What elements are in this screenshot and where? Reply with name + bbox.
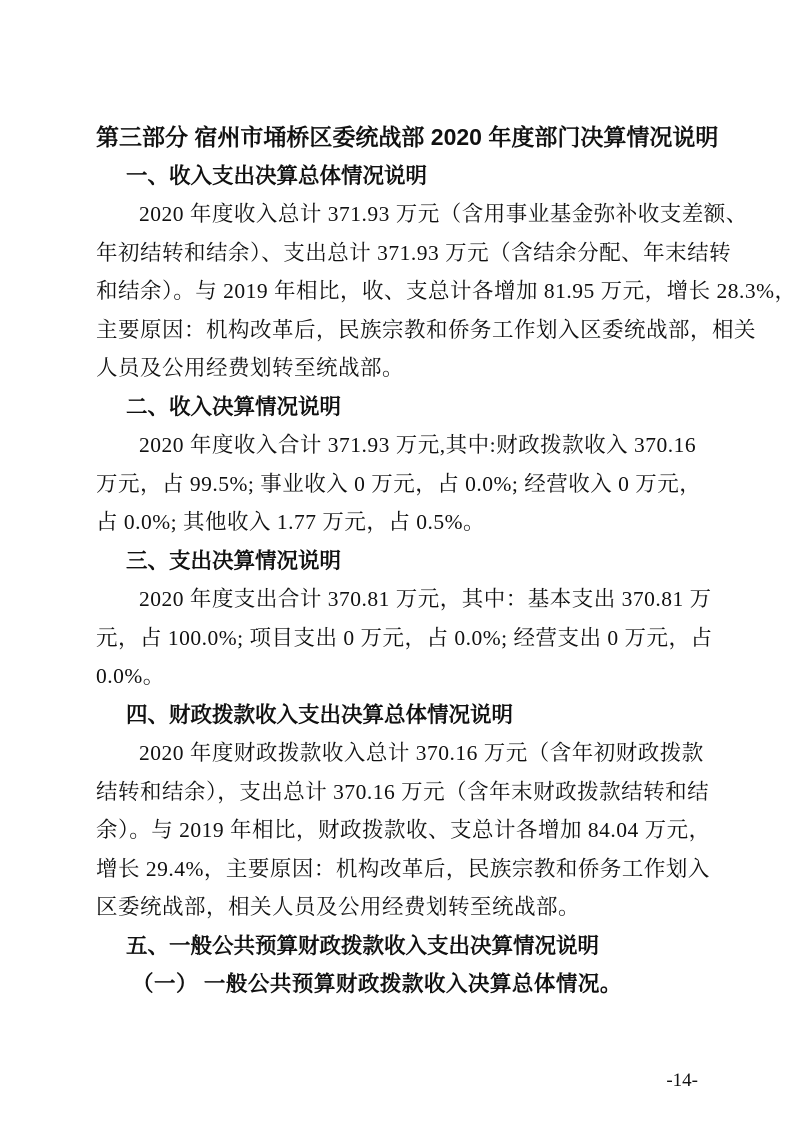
section-2-heading: 二、收入决算情况说明 [96,388,702,427]
paragraph-line: 元，占 100.0%; 项目支出 0 万元，占 0.0%; 经营支出 0 万元，… [96,619,702,658]
paragraph-line: 万元，占 99.5%; 事业收入 0 万元，占 0.0%; 经营收入 0 万元， [96,465,702,504]
paragraph-line: 0.0%。 [96,657,702,696]
section-income-expense-overview: 一、收入支出决算总体情况说明 2020 年度收入总计 371.93 万元（含用事… [96,157,702,388]
section-4-heading: 四、财政拨款收入支出决算总体情况说明 [96,696,702,735]
document-page: 第三部分 宿州市埇桥区委统战部 2020 年度部门决算情况说明 一、收入支出决算… [0,0,793,1122]
section-income-details: 二、收入决算情况说明 2020 年度收入合计 371.93 万元,其中:财政拨款… [96,388,702,542]
page-number: -14- [666,1070,698,1092]
section-fiscal-appropriation-overview: 四、财政拨款收入支出决算总体情况说明 2020 年度财政拨款收入总计 370.1… [96,696,702,927]
paragraph-line: 余）。与 2019 年相比，财政拨款收、支总计各增加 84.04 万元， [96,811,702,850]
paragraph-line: 结转和结余），支出总计 370.16 万元（含年末财政拨款结转和结 [96,773,702,812]
paragraph-line: 主要原因：机构改革后，民族宗教和侨务工作划入区委统战部，相关 [96,311,702,350]
section-3-heading: 三、支出决算情况说明 [96,542,702,581]
paragraph-line: 2020 年度财政拨款收入总计 370.16 万元（含年初财政拨款 [96,734,702,773]
document-content: 第三部分 宿州市埇桥区委统战部 2020 年度部门决算情况说明 一、收入支出决算… [96,118,702,1004]
paragraph-line: 2020 年度收入合计 371.93 万元,其中:财政拨款收入 370.16 [96,426,702,465]
section-public-budget-appropriation: 五、一般公共预算财政拨款收入支出决算情况说明 （一） 一般公共预算财政拨款收入决… [96,927,702,1004]
paragraph-line: 占 0.0%; 其他收入 1.77 万元，占 0.5%。 [96,503,702,542]
section-1-heading: 一、收入支出决算总体情况说明 [96,157,702,196]
paragraph-line: 人员及公用经费划转至统战部。 [96,349,702,388]
paragraph-line: 2020 年度支出合计 370.81 万元，其中：基本支出 370.81 万 [96,580,702,619]
paragraph-line: 和结余）。与 2019 年相比，收、支总计各增加 81.95 万元，增长 28.… [96,272,702,311]
document-title: 第三部分 宿州市埇桥区委统战部 2020 年度部门决算情况说明 [96,118,702,157]
section-5-subheading: （一） 一般公共预算财政拨款收入决算总体情况。 [96,965,702,1004]
paragraph-line: 年初结转和结余）、支出总计 371.93 万元（含结余分配、年末结转 [96,234,702,273]
section-expense-details: 三、支出决算情况说明 2020 年度支出合计 370.81 万元，其中：基本支出… [96,542,702,696]
paragraph-line: 区委统战部，相关人员及公用经费划转至统战部。 [96,888,702,927]
paragraph-line: 2020 年度收入总计 371.93 万元（含用事业基金弥补收支差额、 [96,195,702,234]
paragraph-line: 增长 29.4%，主要原因：机构改革后，民族宗教和侨务工作划入 [96,850,702,889]
section-5-heading: 五、一般公共预算财政拨款收入支出决算情况说明 [96,927,702,966]
